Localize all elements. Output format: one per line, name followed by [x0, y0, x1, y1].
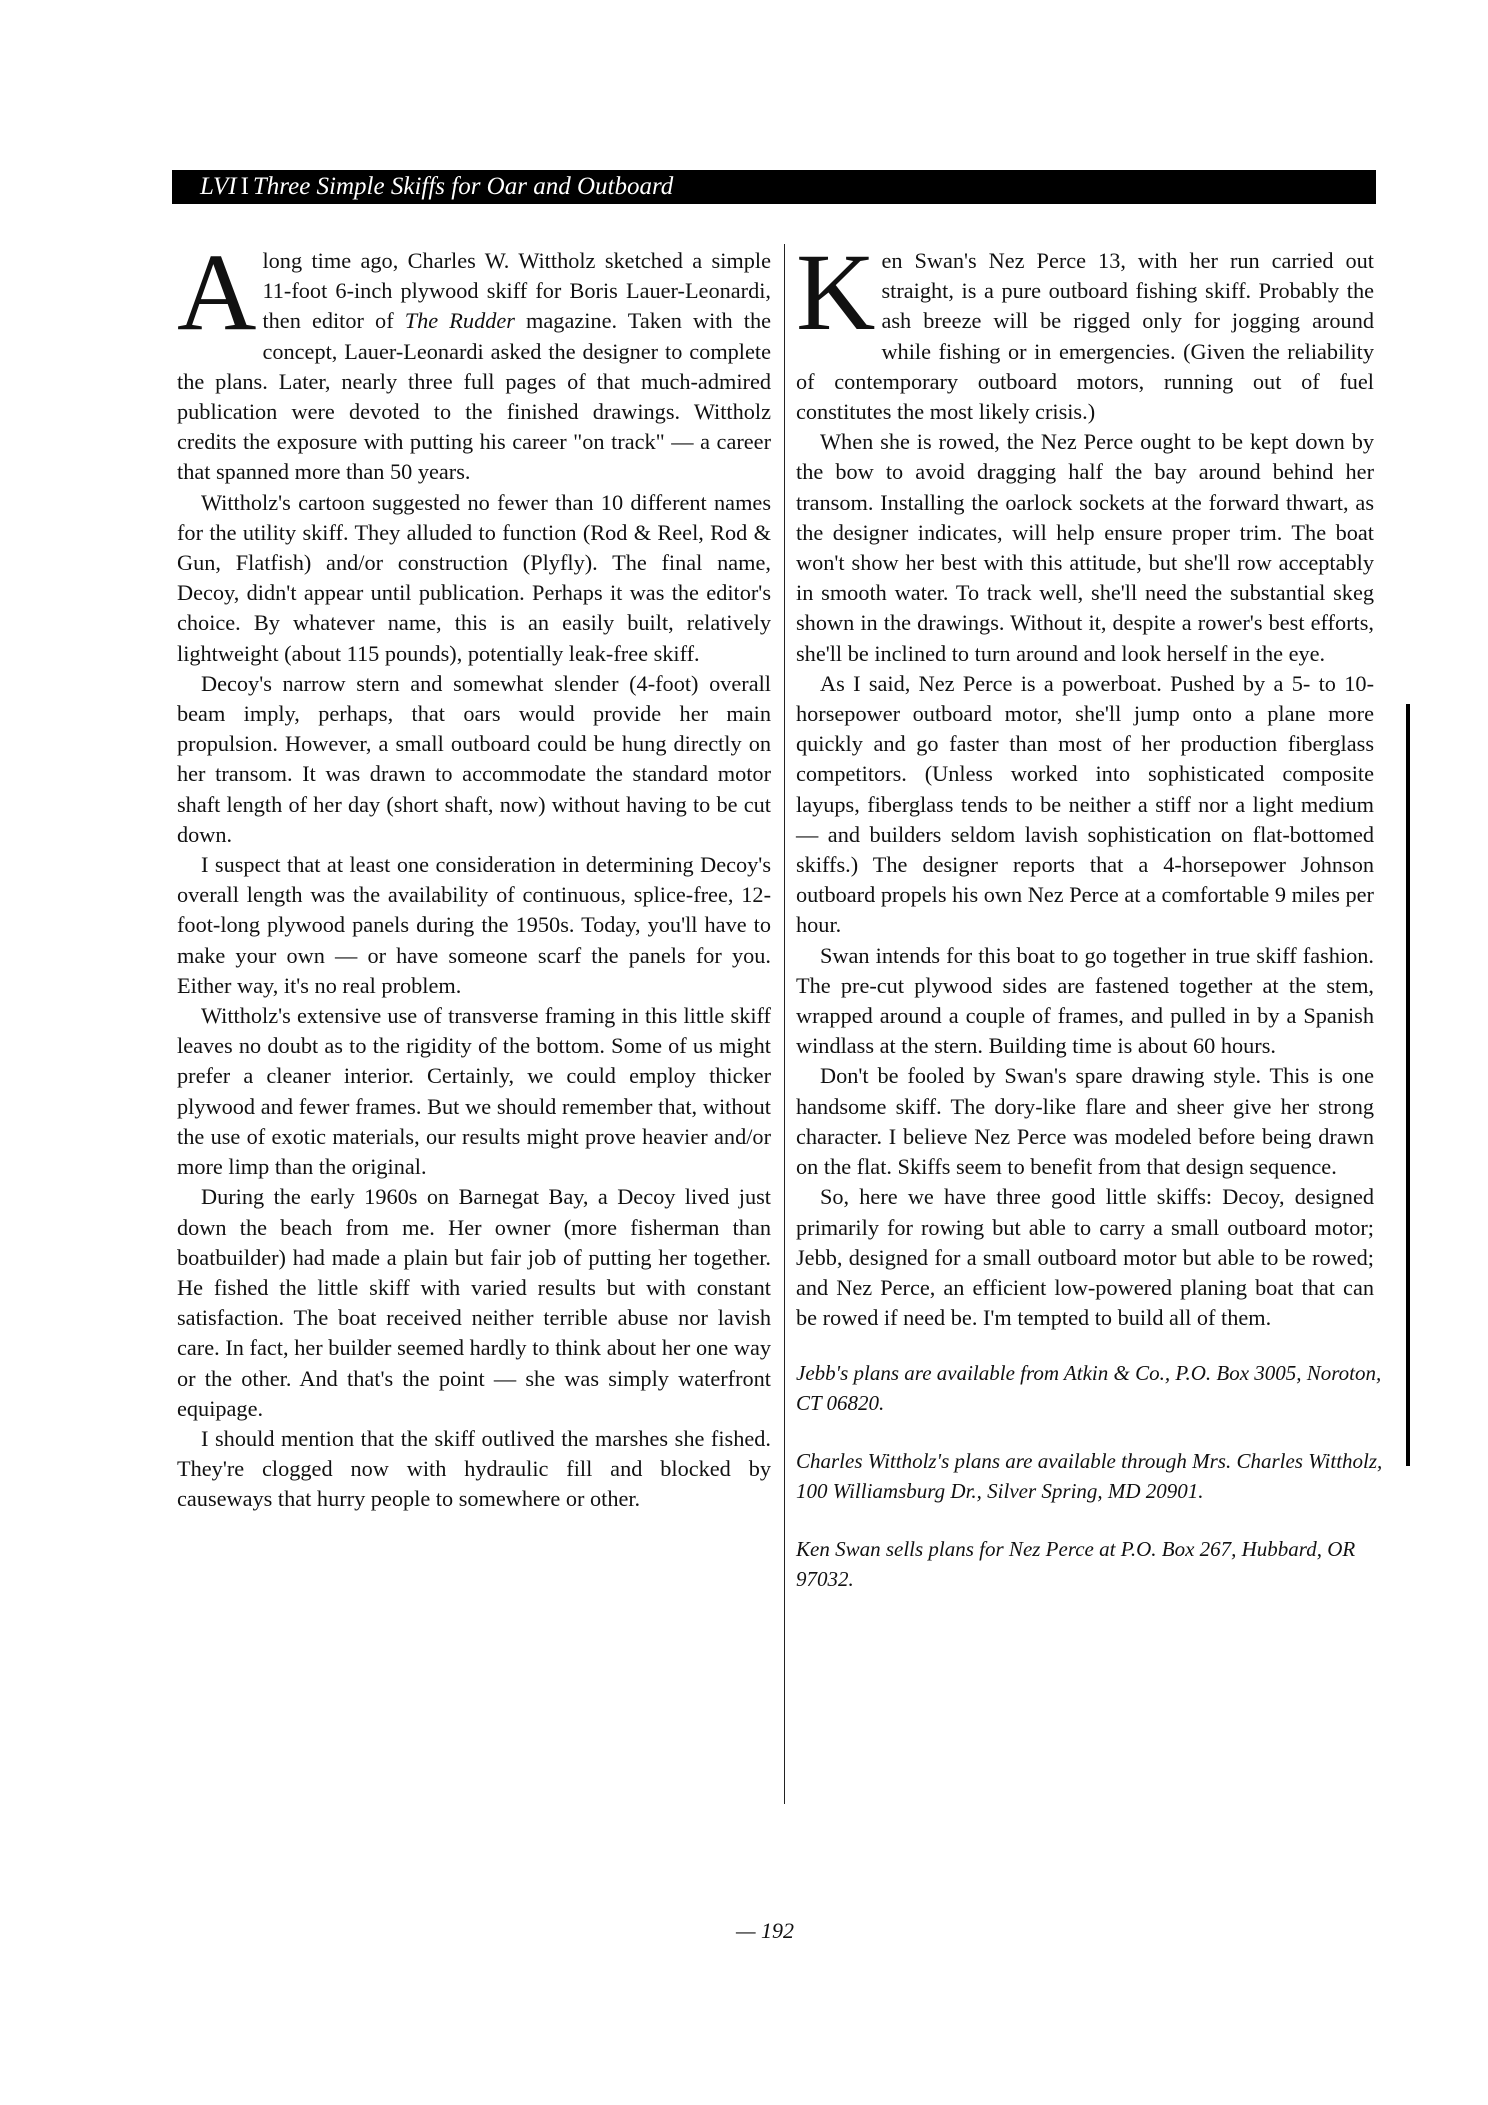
- right-body: Ken Swan's Nez Perce 13, with her run ca…: [796, 246, 1374, 1333]
- paragraph: I suspect that at least one consideratio…: [177, 850, 771, 1001]
- paragraph: I should mention that the skiff outlived…: [177, 1424, 771, 1515]
- paragraph: Along time ago, Charles W. Wittholz sket…: [177, 246, 771, 488]
- column-divider: [784, 244, 785, 1804]
- paragraph: Don't be fooled by Swan's spare drawing …: [796, 1061, 1374, 1182]
- paragraph: Swan intends for this boat to go togethe…: [796, 941, 1374, 1062]
- paragraph: When she is rowed, the Nez Perce ought t…: [796, 427, 1374, 669]
- plans-note-swan: Ken Swan sells plans for Nez Perce at P.…: [796, 1535, 1390, 1594]
- left-column: Along time ago, Charles W. Wittholz sket…: [177, 246, 771, 1515]
- paragraph: As I said, Nez Perce is a powerboat. Pus…: [796, 669, 1374, 941]
- paragraph: Wittholz's extensive use of transverse f…: [177, 1001, 771, 1182]
- paragraph: Wittholz's cartoon suggested no fewer th…: [177, 488, 771, 669]
- plans-note-jebb: Jebb's plans are available from Atkin & …: [796, 1359, 1390, 1418]
- paragraph: Decoy's narrow stern and somewhat slende…: [177, 669, 771, 850]
- paragraph: Ken Swan's Nez Perce 13, with her run ca…: [796, 246, 1374, 427]
- plans-availability-notes: Jebb's plans are available from Atkin & …: [796, 1359, 1390, 1594]
- paragraph: So, here we have three good little skiff…: [796, 1182, 1374, 1333]
- chapter-number: LVI: [200, 173, 237, 200]
- magazine-title: The Rudder: [405, 308, 515, 333]
- margin-change-bar: [1406, 704, 1410, 1466]
- drop-cap: A: [177, 250, 256, 338]
- running-header: LVIIThree Simple Skiffs for Oar and Outb…: [172, 170, 1376, 204]
- page-number: — 192: [0, 1918, 1488, 1944]
- right-column: Ken Swan's Nez Perce 13, with her run ca…: [796, 246, 1390, 1623]
- chapter-title: Three Simple Skiffs for Oar and Outboard: [253, 173, 673, 200]
- plans-note-wittholz: Charles Wittholz's plans are available t…: [796, 1447, 1390, 1506]
- drop-cap: K: [796, 250, 875, 338]
- paragraph: During the early 1960s on Barnegat Bay, …: [177, 1182, 771, 1424]
- header-separator: I: [241, 173, 249, 200]
